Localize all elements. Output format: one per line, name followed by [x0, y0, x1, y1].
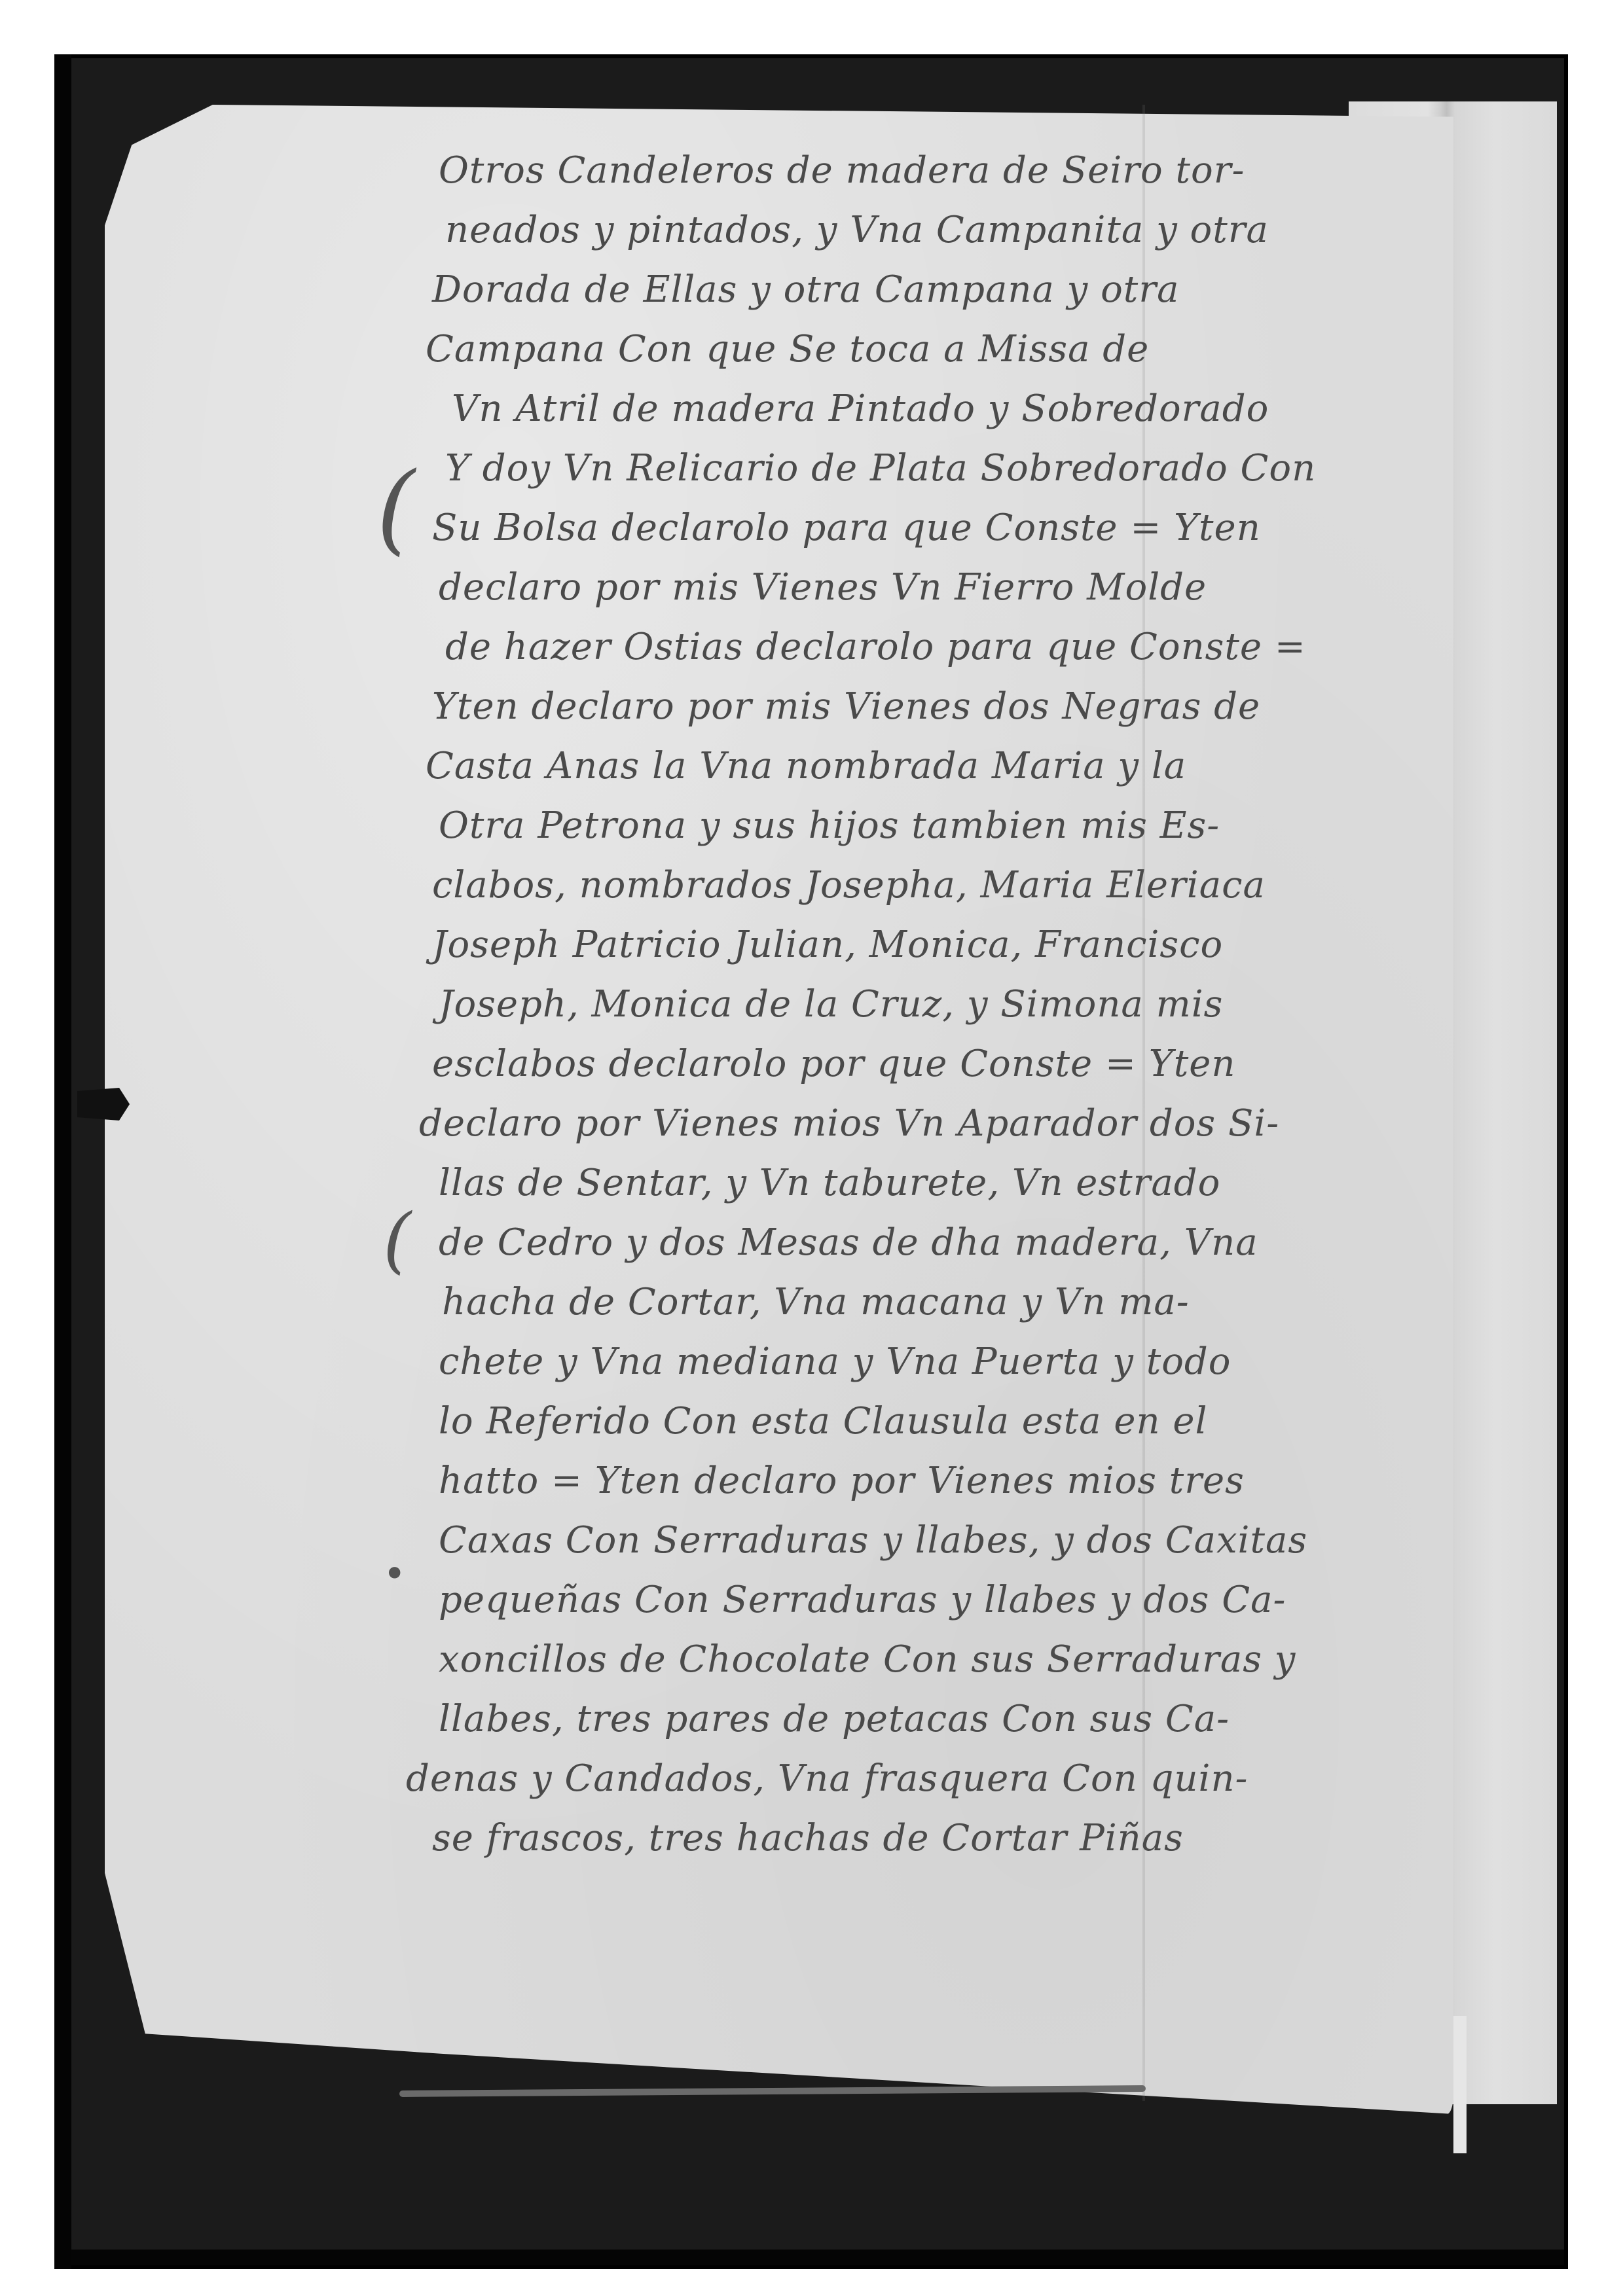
text-line: esclabos declarolo por que Conste = Yten: [367, 1034, 1257, 1094]
text-line: Otros Candeleros de madera de Seiro tor-: [367, 141, 1257, 200]
text-line: de hazer Ostias declarolo para que Const…: [367, 617, 1257, 677]
text-line: se frascos, tres hachas de Cortar Piñas: [367, 1808, 1257, 1868]
text-line: Joseph Patricio Julian, Monica, Francisc…: [367, 915, 1257, 975]
text-line: declaro por mis Vienes Vn Fierro Molde: [367, 558, 1257, 617]
text-line: llabes, tres pares de petacas Con sus Ca…: [367, 1689, 1257, 1749]
text-line: de Cedro y dos Mesas de dha madera, Vna: [367, 1213, 1257, 1272]
text-line: llas de Sentar, y Vn taburete, Vn estrad…: [367, 1153, 1257, 1213]
text-line: lo Referido Con esta Clausula esta en el: [367, 1391, 1257, 1451]
text-line: hacha de Cortar, Vna macana y Vn ma-: [367, 1272, 1257, 1332]
text-line: hatto = Yten declaro por Vienes mios tre…: [367, 1451, 1257, 1511]
text-line: neados y pintados, y Vna Campanita y otr…: [367, 200, 1257, 260]
text-line: Campana Con que Se toca a Missa de: [367, 319, 1257, 379]
text-line: xoncillos de Chocolate Con sus Serradura…: [367, 1630, 1257, 1689]
text-line: denas y Candados, Vna frasquera Con quin…: [367, 1749, 1257, 1808]
text-line: Caxas Con Serraduras y llabes, y dos Cax…: [367, 1511, 1257, 1570]
binding-string-icon: [77, 1088, 130, 1121]
text-line: pequeñas Con Serraduras y llabes y dos C…: [367, 1570, 1257, 1630]
text-line: Yten declaro por mis Vienes dos Negras d…: [367, 677, 1257, 736]
text-line: Dorada de Ellas y otra Campana y otra: [367, 260, 1257, 319]
text-line: clabos, nombrados Josepha, Maria Eleriac…: [367, 855, 1257, 915]
text-line: chete y Vna mediana y Vna Puerta y todo: [367, 1332, 1257, 1391]
text-line: Y doy Vn Relicario de Plata Sobredorado …: [367, 439, 1257, 498]
manuscript-text: Otros Candeleros de madera de Seiro tor-…: [367, 141, 1257, 1868]
text-line: Su Bolsa declarolo para que Conste = Yte…: [367, 498, 1257, 558]
text-line: declaro por Vienes mios Vn Aparador dos …: [367, 1094, 1257, 1153]
text-line: Vn Atril de madera Pintado y Sobredorado: [367, 379, 1257, 439]
text-line: Otra Petrona y sus hijos tambien mis Es-: [367, 796, 1257, 855]
text-line: Casta Anas la Vna nombrada Maria y la: [367, 736, 1257, 796]
text-line: Joseph, Monica de la Cruz, y Simona mis: [367, 975, 1257, 1034]
facing-page-corner: [1453, 2016, 1467, 2153]
